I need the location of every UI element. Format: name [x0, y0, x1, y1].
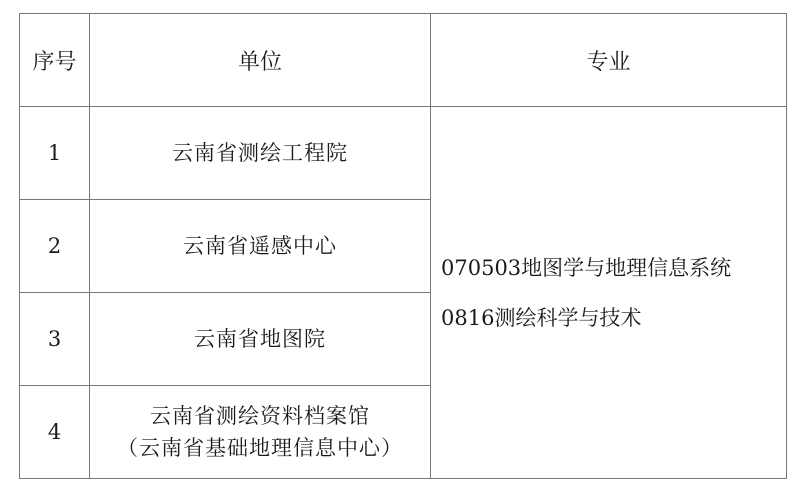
major-item: 0816测绘科学与技术	[441, 293, 786, 343]
header-row: 序号 单位 专业	[20, 14, 787, 107]
unit-name: 云南省地图院	[90, 323, 430, 355]
row-index: 4	[20, 386, 90, 479]
recruitment-table: 序号 单位 专业 1 云南省测绘工程院 070503地图学与地理信息系统 081…	[19, 13, 787, 479]
table-row: 1 云南省测绘工程院 070503地图学与地理信息系统 0816测绘科学与技术	[20, 107, 787, 200]
unit-name: 云南省测绘工程院	[90, 137, 430, 169]
row-index: 3	[20, 293, 90, 386]
header-index: 序号	[20, 14, 90, 107]
row-unit: 云南省遥感中心	[90, 200, 431, 293]
row-unit: 云南省地图院	[90, 293, 431, 386]
row-index: 1	[20, 107, 90, 200]
row-unit: 云南省测绘工程院	[90, 107, 431, 200]
header-major: 专业	[431, 14, 787, 107]
header-unit: 单位	[90, 14, 431, 107]
row-index: 2	[20, 200, 90, 293]
major-cell: 070503地图学与地理信息系统 0816测绘科学与技术	[431, 107, 787, 479]
major-item: 070503地图学与地理信息系统	[441, 243, 786, 293]
unit-name: 云南省遥感中心	[90, 230, 430, 262]
row-unit: 云南省测绘资料档案馆 （云南省基础地理信息中心）	[90, 386, 431, 479]
unit-name: 云南省测绘资料档案馆	[90, 400, 430, 432]
unit-alias: （云南省基础地理信息中心）	[90, 432, 430, 464]
